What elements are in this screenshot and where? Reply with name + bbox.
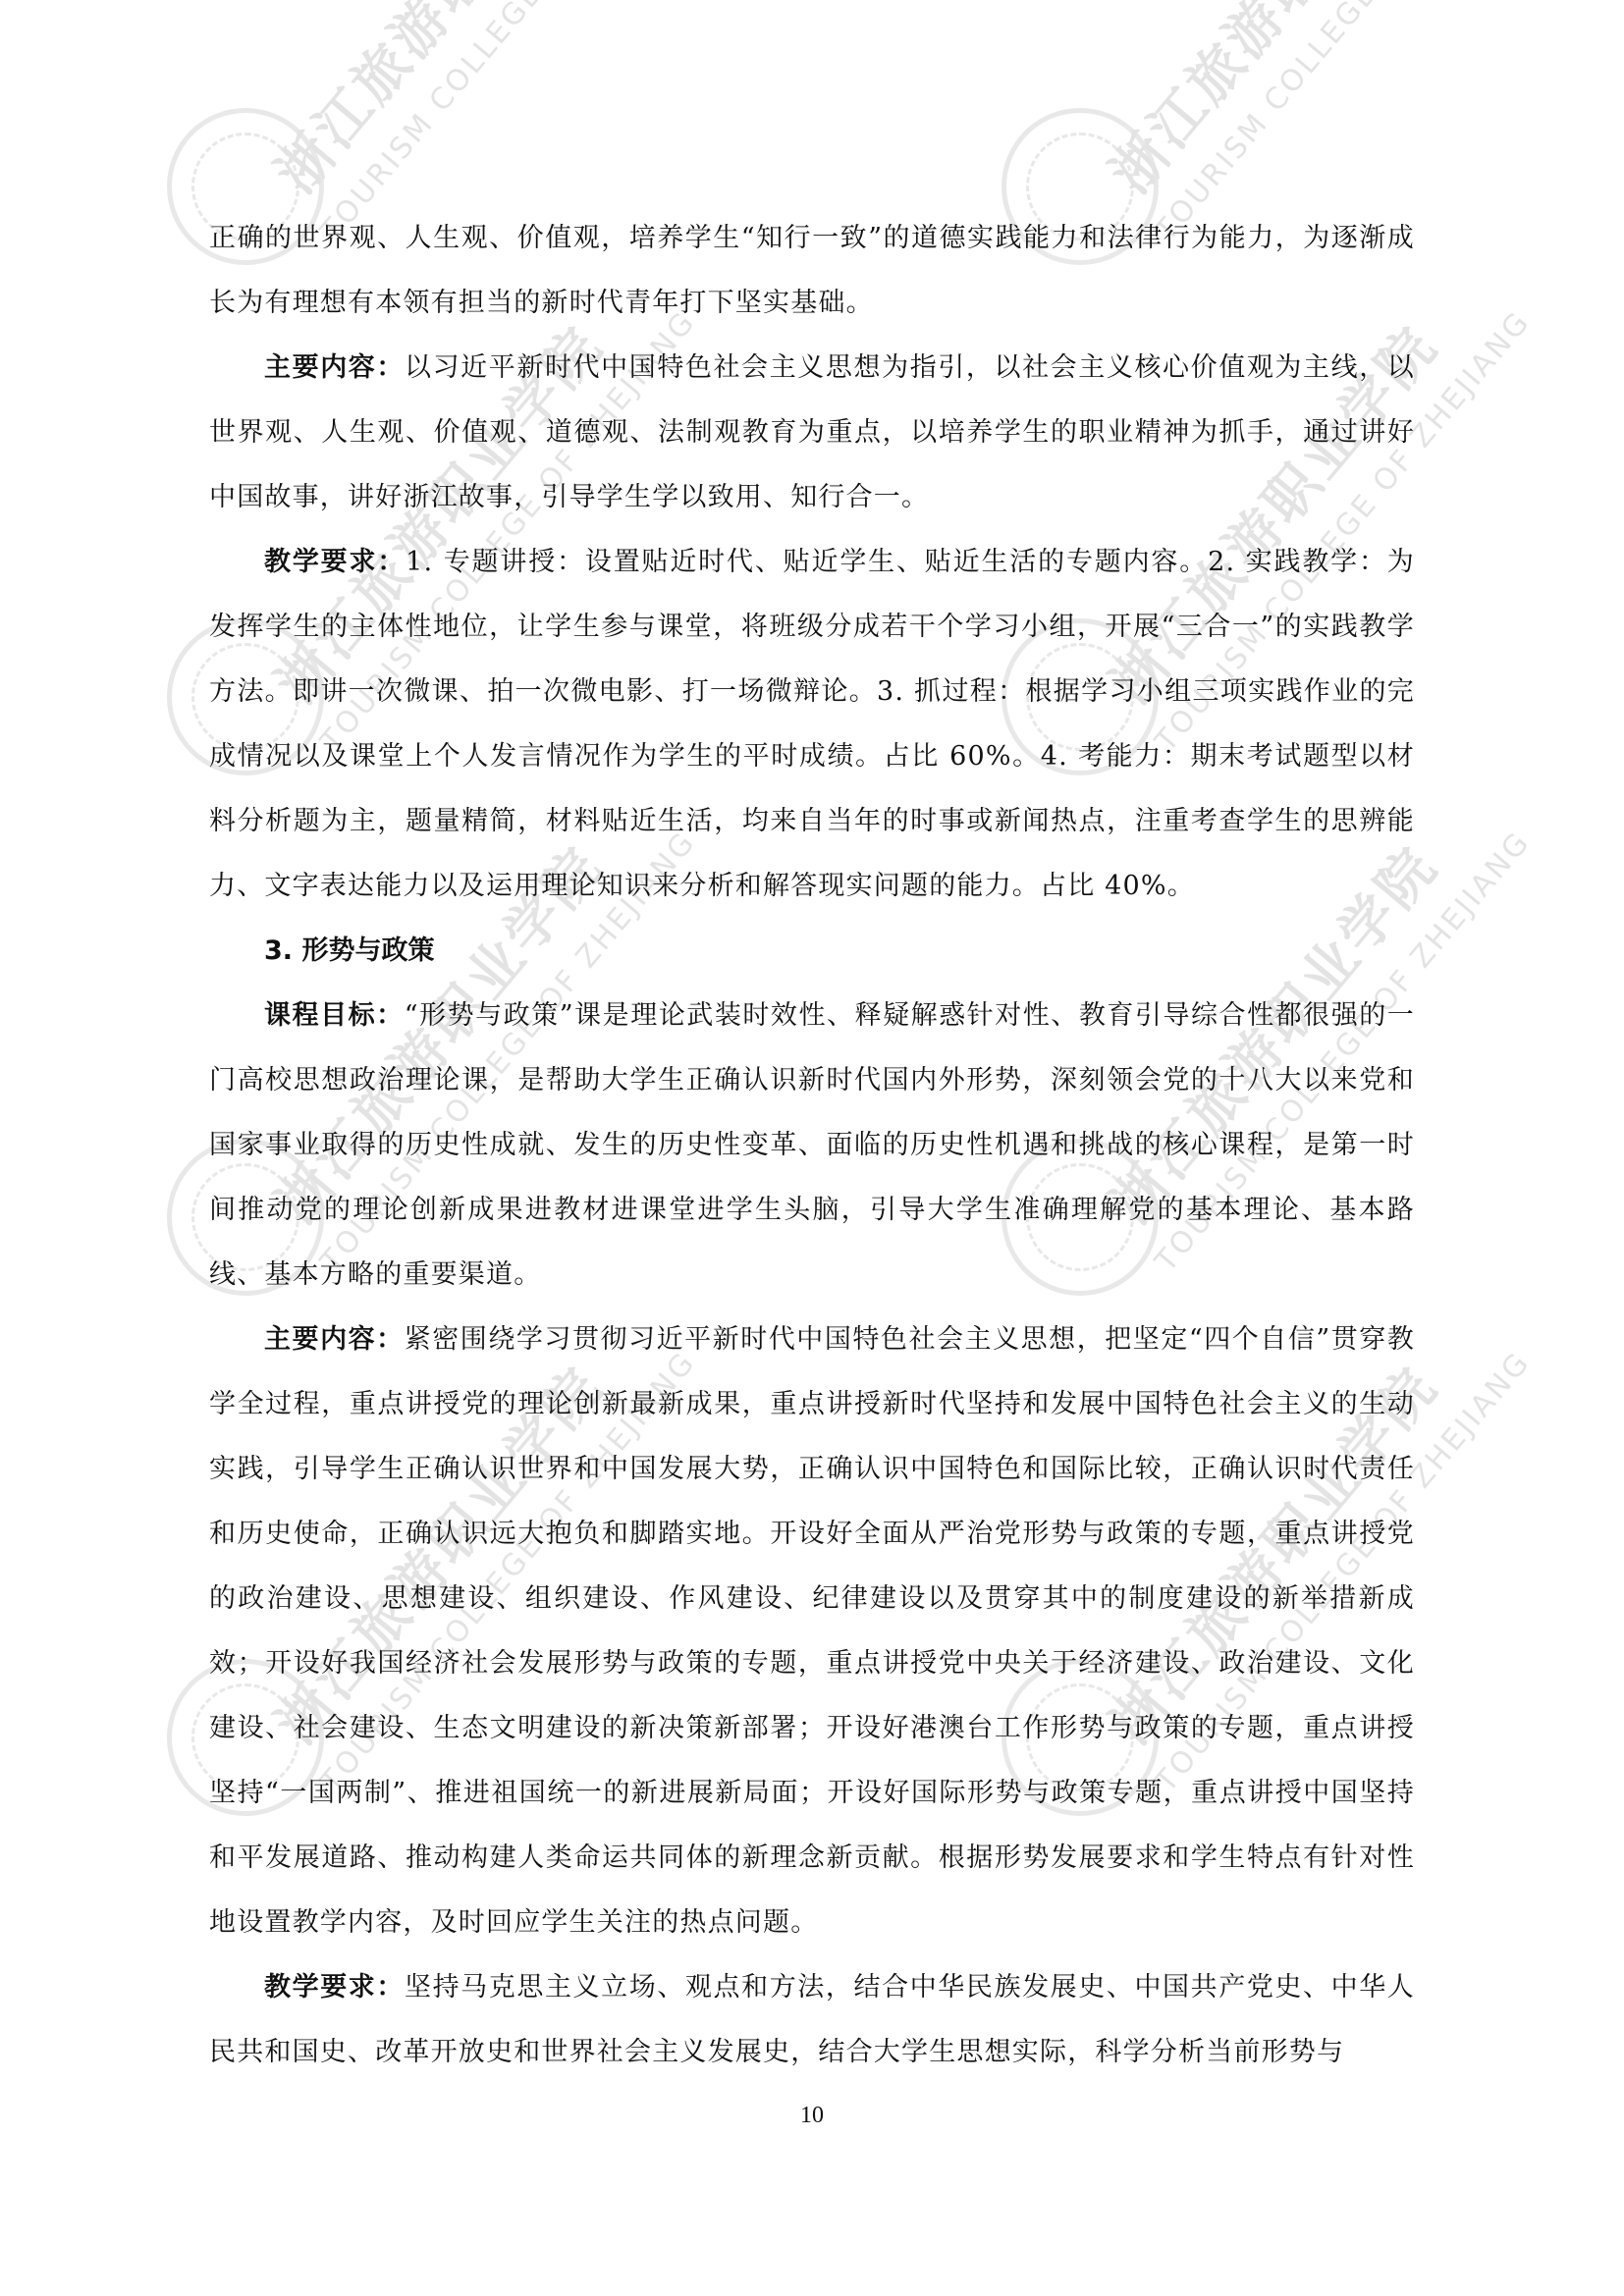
teaching-requirements-label: 教学要求：: [264, 547, 406, 577]
course-goal-paragraph: 课程目标：“形势与政策”课是理论武装时效性、释疑解惑针对性、教育引导综合性都很强…: [209, 984, 1415, 1308]
course-goal-label: 课程目标：: [264, 1000, 405, 1031]
teaching-requirements-text: 1. 专题讲授：设置贴近时代、贴近学生、贴近生活的专题内容。2. 实践教学：为发…: [209, 547, 1415, 901]
section-heading: 3. 形势与政策: [209, 919, 1415, 984]
main-content-paragraph: 主要内容：紧密围绕学习贯彻习近平新时代中国特色社会主义思想，把坚定“四个自信”贯…: [209, 1308, 1415, 1955]
course-goal-continuation: 正确的世界观、人生观、价值观，培养学生“知行一致”的道德实践能力和法律行为能力，…: [209, 206, 1415, 336]
course-goal-text: “形势与政策”课是理论武装时效性、释疑解惑针对性、教育引导综合性都很强的一门高校…: [209, 1000, 1415, 1290]
document-body: 正确的世界观、人生观、价值观，培养学生“知行一致”的道德实践能力和法律行为能力，…: [209, 206, 1415, 2085]
watermark-text-cn: 浙江旅游职业学院: [255, 0, 619, 207]
main-content-label: 主要内容：: [264, 352, 405, 383]
teaching-requirements-label: 教学要求：: [264, 1972, 405, 2002]
teaching-requirements-paragraph: 教学要求：坚持马克思主义立场、观点和方法，结合中华民族发展史、中国共产党史、中华…: [209, 1955, 1415, 2085]
main-content-label: 主要内容：: [264, 1324, 405, 1355]
main-content-text: 紧密围绕学习贯彻习近平新时代中国特色社会主义思想，把坚定“四个自信”贯穿教学全过…: [209, 1324, 1415, 1938]
watermark-text-cn: 浙江旅游职业学院: [1090, 0, 1453, 207]
page-number: 10: [0, 2103, 1624, 2129]
main-content-paragraph: 主要内容：以习近平新时代中国特色社会主义思想为指引，以社会主义核心价值观为主线，…: [209, 336, 1415, 530]
teaching-requirements-paragraph: 教学要求：1. 专题讲授：设置贴近时代、贴近学生、贴近生活的专题内容。2. 实践…: [209, 530, 1415, 919]
